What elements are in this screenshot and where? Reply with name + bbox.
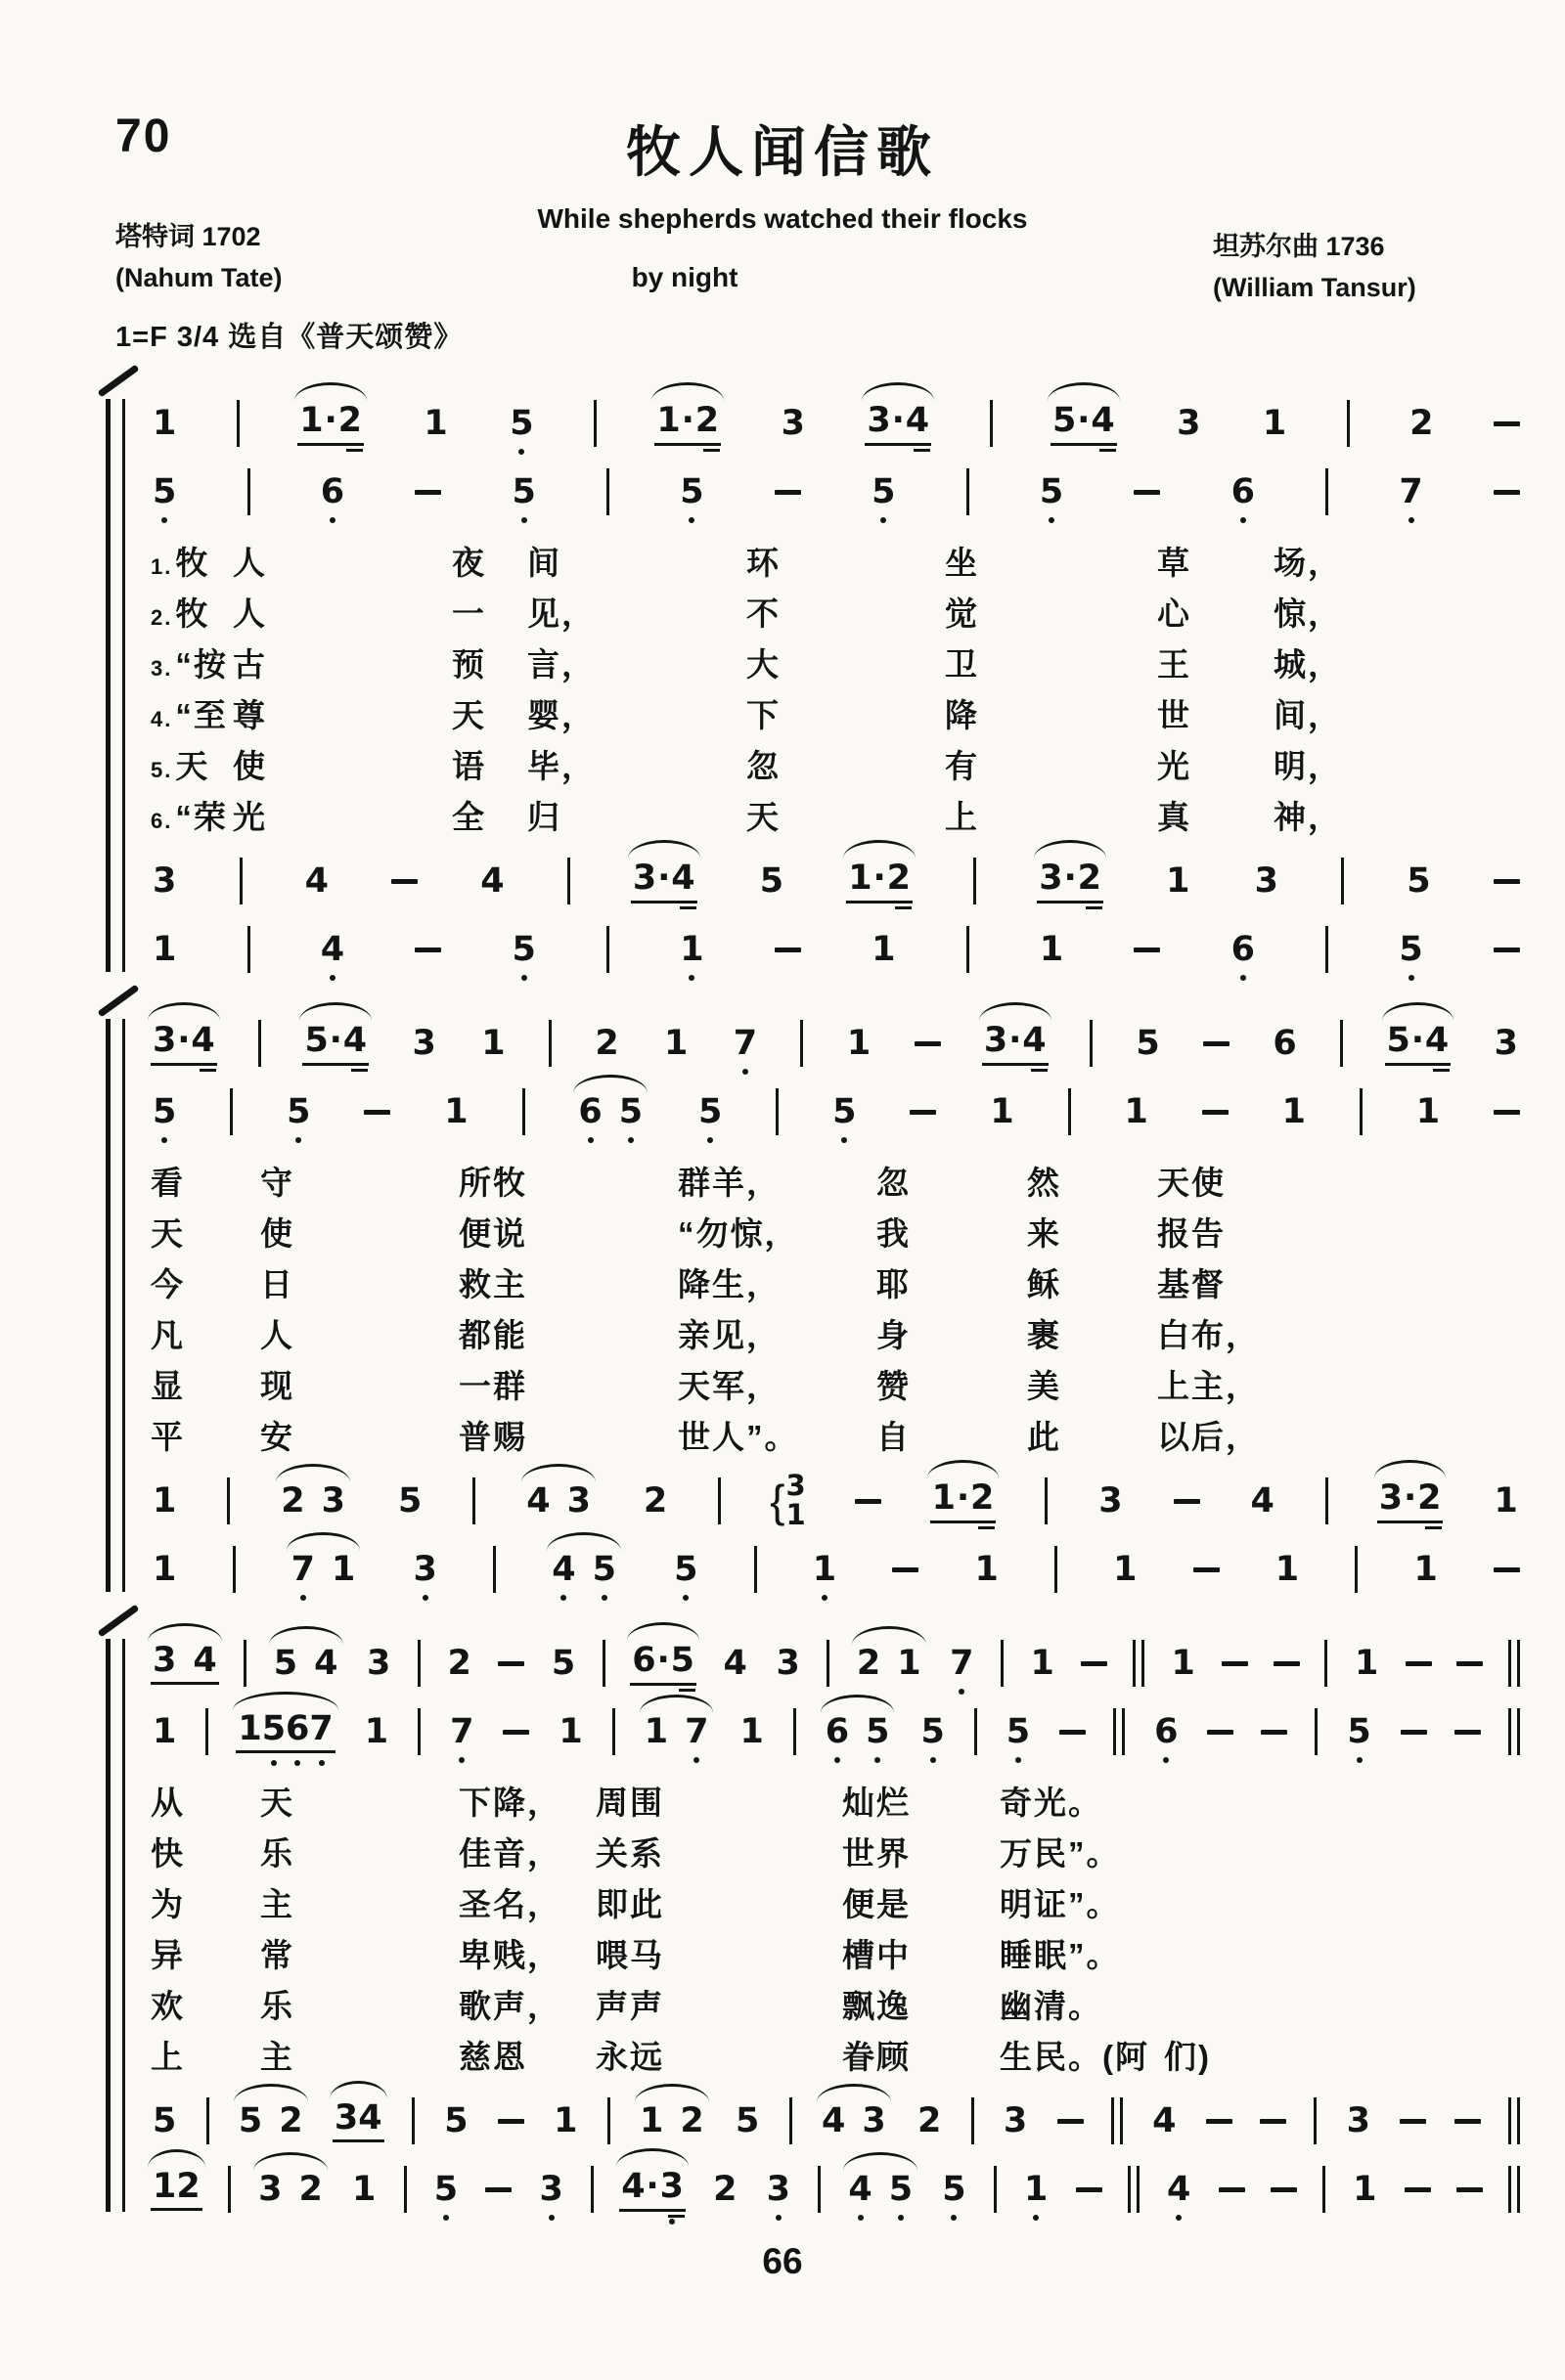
lyricist-credit: 塔特词 1702 (Nahum Tate) [115, 217, 283, 299]
verse-line-3: 今日救主降生，耶稣基督 [151, 1256, 1520, 1306]
lyric-syllable: 4.“至 [151, 690, 228, 736]
note-cell: 4 [1249, 1482, 1276, 1521]
lyric-syllable: 自 [876, 1412, 911, 1458]
lyric-syllable: 从 [151, 1778, 185, 1824]
music-systems: 11·2151·233·45·4312565555671.牧人夜间环坐草场，2.… [106, 389, 1520, 2249]
low-octave-dot [1176, 2215, 1182, 2221]
sixteenth-underline [1031, 1069, 1048, 1072]
lyric-syllable: 人 [233, 589, 267, 635]
barline [793, 1708, 796, 1755]
low-octave-dot [858, 2215, 864, 2221]
lyric-syllable: 人 [260, 1310, 294, 1356]
note-cell: 1 [1029, 1645, 1056, 1683]
note-cell: 5 [151, 1093, 178, 1131]
lyric-syllable: 环 [746, 538, 781, 584]
low-octave-dot [1033, 2215, 1039, 2221]
note-cell: 1 [479, 1025, 507, 1063]
low-octave-dot [742, 1069, 748, 1075]
lyric-syllable: 奇光。 [1000, 1778, 1102, 1824]
verse-number: 5. [151, 758, 172, 782]
lyric-syllable: 6.“荣 [151, 792, 228, 838]
note-cell: 7 [448, 1713, 475, 1751]
lyric-syllable: 主 [260, 1879, 294, 1925]
lyric-syllable: 赞 [876, 1361, 911, 1407]
note-cell: 3·2 [1377, 1478, 1444, 1523]
lyric-syllable: 即此 [596, 1879, 664, 1925]
lyric-syllable: 世 [1157, 690, 1191, 736]
note-cell: 54 [272, 1645, 340, 1683]
low-octave-dot [1049, 517, 1054, 523]
note-cell: 12 [638, 2102, 706, 2140]
note-cell: 4 [303, 862, 331, 901]
note-cell: 3 [411, 1025, 438, 1063]
double-barline [1508, 1708, 1520, 1755]
duration-dash [1454, 1730, 1481, 1735]
lyric-syllable: 城， [1274, 639, 1342, 685]
note-cell: 1 [151, 1551, 178, 1589]
double-barline [1508, 2097, 1520, 2144]
lyric-syllable: 为 [151, 1879, 185, 1925]
duration-dash [1494, 1567, 1520, 1572]
duration-dash [1193, 1567, 1220, 1572]
duration-dash [1494, 421, 1520, 426]
lyric-syllable: 我 [876, 1209, 911, 1255]
duration-dash [485, 2187, 512, 2192]
note-cell: 1 [1164, 862, 1191, 901]
low-octave-dot [459, 1757, 465, 1763]
verse-line-3: 3.“按古预言，大卫王城， [151, 636, 1520, 686]
barline [1340, 1020, 1343, 1067]
note-cell: 5 [151, 473, 178, 511]
lyric-syllable: 美 [1027, 1361, 1061, 1407]
barline [612, 1708, 615, 1755]
lyric-syllable: 草 [1157, 538, 1191, 584]
lyric-syllable: 以后， [1157, 1412, 1260, 1458]
lyric-syllable: 世界 [842, 1829, 911, 1874]
barline [603, 1640, 605, 1687]
lyric-syllable: 关系 [596, 1829, 664, 1874]
barline [800, 1020, 803, 1067]
lyric-syllable: 光 [1157, 741, 1191, 787]
barline [1341, 858, 1344, 904]
lyric-syllable: 基督 [1157, 1259, 1226, 1305]
lyric-syllable: 今 [151, 1259, 185, 1305]
low-octave-dot [521, 975, 527, 981]
note-cell: 6 [1230, 473, 1257, 511]
duration-dash [1081, 1661, 1107, 1666]
note-cell: 3·2 [1037, 859, 1103, 904]
verse-line-4: 凡人都能亲见，身裹白布， [151, 1306, 1520, 1357]
lyric-syllable: 来 [1027, 1209, 1061, 1255]
lyric-syllable: 稣 [1027, 1259, 1061, 1305]
low-octave-dot [693, 1757, 699, 1763]
note-cell: 3 [1002, 2102, 1029, 2140]
sixteenth-underline [1433, 1069, 1450, 1072]
duration-dash [1401, 1730, 1427, 1735]
note-cell: 23 [279, 1482, 347, 1521]
lyric-syllable: 上 [945, 792, 979, 838]
lyric-syllable: 卫 [945, 639, 979, 685]
lyric-syllable: 3.“按 [151, 639, 228, 685]
barline [412, 2097, 415, 2144]
barline [227, 1477, 230, 1524]
note-cell: 1 [738, 1713, 765, 1751]
note-cell: 6·5 [630, 1641, 696, 1686]
note-cell: 43 [820, 2102, 888, 2140]
low-octave-dot [1408, 975, 1414, 981]
note-cell: 1 [1274, 1551, 1301, 1589]
barline [966, 926, 969, 973]
duration-dash [1494, 1110, 1520, 1115]
note-cell: 3·4 [631, 859, 697, 904]
alto-line: 11567171171655565 [151, 1697, 1520, 1766]
lyric-syllable: 人 [233, 538, 267, 584]
low-octave-dot [549, 2215, 555, 2221]
barline [233, 1546, 236, 1593]
lyric-syllable: 使 [233, 741, 267, 787]
lyric-syllable: 心 [1157, 589, 1191, 635]
note-cell: 7 [732, 1025, 759, 1063]
lyric-syllable: 槽中 [842, 1930, 911, 1976]
lyric-syllable: 都能 [459, 1310, 527, 1356]
note-cell: 3 [774, 1645, 801, 1683]
alto-line: 55165551111 [151, 1078, 1520, 1146]
lyric-syllable: 欢 [151, 1981, 185, 2027]
note-cell: 1 [1414, 1093, 1442, 1131]
low-octave-dot [930, 1757, 936, 1763]
barline [776, 1088, 779, 1135]
barline [827, 1640, 829, 1687]
duration-dash [1406, 1661, 1432, 1666]
duration-dash [1057, 2119, 1084, 2124]
note-cell: 5 [550, 1645, 577, 1683]
duration-dash [498, 1661, 524, 1666]
lyric-syllable: 坐 [945, 538, 979, 584]
barline [228, 2166, 231, 2213]
barline [754, 1546, 757, 1593]
note-cell: 5 [672, 1551, 699, 1589]
note-cell: 5 [396, 1482, 424, 1521]
system-bracket [106, 399, 125, 972]
barline [237, 400, 240, 447]
note-cell: 5 [1005, 1713, 1032, 1751]
low-octave-dot [161, 1137, 167, 1143]
note-cell: 2 [445, 1645, 472, 1683]
sixteenth-underline [346, 449, 363, 452]
low-octave-dot [521, 517, 527, 523]
note-cell: 1 [1280, 1093, 1308, 1131]
note-cell: 5 [830, 1093, 858, 1131]
lyric-syllable: 预 [452, 639, 486, 685]
barline [1324, 1640, 1327, 1687]
duration-dash [1260, 2119, 1286, 2124]
note-cell: 52 [237, 2102, 305, 2140]
note-cell: 1 [1261, 405, 1288, 443]
barline [1355, 1546, 1358, 1593]
verse-line-1: 看守所牧群羊，忽然天使 [151, 1154, 1520, 1205]
note-cell: 32 [256, 2171, 325, 2209]
hymn-subtitle-en-line2: by night [469, 262, 900, 293]
low-octave-dot [689, 975, 694, 981]
note-cell: 3·4 [982, 1021, 1049, 1066]
lyric-syllable: 有 [945, 741, 979, 787]
low-octave-dot [880, 517, 886, 523]
sixteenth-underline [1086, 906, 1102, 909]
barline [1325, 1477, 1328, 1524]
duration-dash [1207, 1730, 1233, 1735]
lyric-syllable: 喂马 [596, 1930, 664, 1976]
low-octave-dot [776, 2215, 782, 2221]
music-system-1: 11·2151·233·45·4312565555671.牧人夜间环坐草场，2.… [106, 389, 1520, 984]
note-cell: 5 [1134, 1025, 1161, 1063]
note-cell: 45 [846, 2171, 915, 2209]
sixteenth-underline [679, 1689, 695, 1692]
note-cell: 3 [1175, 405, 1202, 443]
low-octave-dot [319, 1760, 325, 1766]
note-cell: 3 [780, 405, 807, 443]
lyric-syllable: 2.牧 [151, 589, 209, 635]
composer-cn: 坦苏尔曲 1736 [1213, 227, 1416, 268]
barline [1325, 468, 1328, 515]
lyric-syllable: 觉 [945, 589, 979, 635]
lyric-syllable: 然 [1027, 1158, 1061, 1204]
barline [567, 858, 570, 904]
low-octave-dot [959, 1689, 964, 1695]
lyric-syllable: 异 [151, 1930, 185, 1976]
barline [1090, 1020, 1093, 1067]
lyrics-block: 1.牧人夜间环坐草场，2.牧人一见，不觉心惊，3.“按古预言，大卫王城，4.“至… [151, 534, 1520, 839]
low-octave-dot [1240, 975, 1246, 981]
lyric-syllable: 歌声， [459, 1981, 561, 2027]
note-cell: 5 [151, 2102, 178, 2140]
lyric-syllable: 场， [1274, 538, 1342, 584]
note-cell: 1·2 [297, 401, 364, 446]
barline [1322, 2166, 1325, 2213]
note-cell: 1·2 [654, 401, 721, 446]
note-cell: 65 [824, 1713, 892, 1751]
duration-dash [1174, 1499, 1200, 1504]
sixteenth-underline [200, 1069, 216, 1072]
barline [472, 1477, 475, 1524]
note-cell: 2 [593, 1025, 620, 1063]
barline [594, 400, 597, 447]
double-barline [1508, 2166, 1520, 2213]
lyric-syllable: 大 [746, 639, 781, 685]
duration-dash [892, 1567, 918, 1572]
lyric-syllable: 生民。(阿 [1000, 2032, 1149, 2078]
low-octave-dot [822, 1595, 827, 1601]
note-cell: 5·4 [302, 1021, 369, 1066]
lyric-syllable: 守 [260, 1158, 294, 1204]
barline [240, 858, 243, 904]
duration-dash [915, 1041, 941, 1046]
barline [230, 1088, 233, 1135]
verse-line-5: 欢乐歌声，声声飘逸幽清。 [151, 1977, 1520, 2028]
note-cell: 5 [508, 405, 535, 443]
barline [606, 926, 609, 973]
chord-cell: {31 [770, 1472, 806, 1529]
verse-line-6: 6.“荣光全归天上真神， [151, 788, 1520, 839]
barline [1314, 2097, 1317, 2144]
double-barline [1508, 1640, 1520, 1687]
note-cell: 1 [1492, 1482, 1519, 1521]
note-cell: 5·4 [1051, 401, 1117, 446]
lyric-syllable: 5.天 [151, 741, 209, 787]
barline [818, 2166, 821, 2213]
sixteenth-underline [680, 906, 696, 909]
note-cell: 2 [1408, 405, 1435, 443]
barline [974, 1708, 977, 1755]
music-system-2: 3·45·43121713·4565·4355165551111看守所牧群羊，忽… [106, 1009, 1520, 1604]
note-cell: 6 [1152, 1713, 1180, 1751]
lyric-syllable: 忽 [746, 741, 781, 787]
lyrics-block: 看守所牧群羊，忽然天使天使便说“勿惊，我来报告今日救主降生，耶稣基督凡人都能亲见… [151, 1154, 1520, 1459]
note-cell: 4 [478, 862, 506, 901]
lyric-syllable: 报告 [1157, 1209, 1226, 1255]
low-octave-dot [443, 2215, 449, 2221]
lyric-syllable: 白布， [1157, 1310, 1260, 1356]
note-cell: 1 [811, 1551, 838, 1589]
lyric-syllable: 佳音， [459, 1829, 561, 1874]
note-cell: 1 [557, 1713, 584, 1751]
duration-dash [1206, 2119, 1232, 2124]
lyric-syllable: 显 [151, 1361, 185, 1407]
barline [1315, 1708, 1318, 1755]
note-cell: 5 [511, 931, 538, 969]
double-barline [1128, 2166, 1140, 2213]
note-cell: 5 [442, 2102, 469, 2140]
lyric-syllable: 裹 [1027, 1310, 1061, 1356]
page-number: 66 [0, 2241, 1565, 2282]
low-octave-dot [271, 1760, 277, 1766]
note-cell: 4 [722, 1645, 749, 1683]
note-cell: 3 [1493, 1025, 1520, 1063]
lyric-syllable: 间， [1274, 690, 1342, 736]
bass-line: 171345511111 [151, 1535, 1520, 1604]
barline [591, 2166, 594, 2213]
lyric-syllable: 惊， [1274, 589, 1342, 635]
lyric-syllable: 尊 [233, 690, 267, 736]
lyric-syllable: 上主， [1157, 1361, 1260, 1407]
lyric-syllable: 天军， [678, 1361, 781, 1407]
barline [994, 2166, 997, 2213]
double-barline [1111, 2097, 1123, 2144]
note-cell: 1 [422, 405, 449, 443]
verse-number: 4. [151, 707, 172, 731]
music-system-3: 34543256·54321711111567171171655565从天下降，… [106, 1629, 1520, 2224]
lyric-syllable: 灿烂 [842, 1778, 911, 1824]
composer-credit: 坦苏尔曲 1736 (William Tansur) [1213, 227, 1416, 309]
note-cell: 4 [1150, 2102, 1178, 2140]
barline [549, 1020, 552, 1067]
verse-line-5: 显现一群天军，赞美上主， [151, 1357, 1520, 1408]
low-octave-dot [669, 2219, 675, 2225]
note-cell: 3 [765, 2171, 792, 2209]
note-cell: 5 [1405, 862, 1432, 901]
note-cell: 1 [442, 1093, 469, 1131]
verse-line-1: 1.牧人夜间环坐草场， [151, 534, 1520, 585]
barline [966, 468, 969, 515]
lyric-syllable: 便是 [842, 1879, 911, 1925]
note-cell: 5·4 [1385, 1021, 1452, 1066]
lyric-syllable: 使 [260, 1209, 294, 1255]
duration-dash [1494, 490, 1520, 495]
lyric-syllable: 快 [151, 1829, 185, 1874]
verse-number: 1. [151, 554, 172, 579]
duration-dash [415, 490, 441, 495]
lyric-syllable: 亲见， [678, 1310, 781, 1356]
low-octave-dot [295, 1137, 301, 1143]
note-cell: 1 [552, 2102, 579, 2140]
duration-dash [1456, 2187, 1483, 2192]
barline [522, 1088, 525, 1135]
lyricist-cn: 塔特词 1702 [115, 217, 283, 258]
composer-en: (William Tansur) [1213, 268, 1416, 309]
note-cell: 71 [290, 1551, 358, 1589]
note-cell: 3 [365, 1645, 392, 1683]
lyric-syllable: 身 [876, 1310, 911, 1356]
note-cell: 5 [511, 473, 538, 511]
bass-line: 12321534·323455141 [151, 2155, 1520, 2224]
note-cell: 5 [758, 862, 785, 901]
lyric-syllable: 救主 [459, 1259, 527, 1305]
lyric-syllable: 下 [746, 690, 781, 736]
duration-dash [855, 1499, 881, 1504]
lyric-syllable: 天 [260, 1778, 294, 1824]
bass-line: 14511165 [151, 915, 1520, 984]
note-cell: 7 [948, 1645, 975, 1683]
lyric-syllable: 常 [260, 1930, 294, 1976]
note-cell: 1 [1122, 1093, 1149, 1131]
sixteenth-underline [895, 906, 912, 909]
verse-line-2: 天使便说“勿惊，我来报告 [151, 1205, 1520, 1256]
lyric-syllable: “勿惊， [678, 1209, 799, 1255]
lyric-syllable: 真 [1157, 792, 1191, 838]
low-octave-dot [330, 517, 335, 523]
soprano-line: 34543256·543217111 [151, 1629, 1520, 1697]
barline [1045, 1477, 1048, 1524]
low-octave-dot [161, 517, 167, 523]
duration-dash [1271, 2187, 1297, 2192]
barline [418, 1708, 421, 1755]
lyric-syllable: 语 [452, 741, 486, 787]
barline [493, 1546, 496, 1593]
duration-dash [415, 948, 441, 952]
note-cell: 1 [151, 931, 178, 969]
lyric-syllable: 凡 [151, 1310, 185, 1356]
lyric-syllable: 毕， [527, 741, 596, 787]
note-cell: 1 [678, 931, 705, 969]
low-octave-dot [628, 1137, 634, 1143]
sixteenth-underline [1099, 449, 1116, 452]
note-cell: 6 [1271, 1025, 1298, 1063]
note-cell: 1 [1022, 2171, 1050, 2209]
lyric-syllable: 婴， [527, 690, 596, 736]
note-cell: 6 [1230, 931, 1257, 969]
duration-dash [364, 1110, 390, 1115]
note-cell: 5 [1345, 1713, 1372, 1751]
barline [404, 2166, 407, 2213]
low-octave-dot [707, 1137, 713, 1143]
lyric-syllable: 降生， [678, 1259, 781, 1305]
lyric-syllable: 天 [746, 792, 781, 838]
lyric-syllable: 忽 [876, 1158, 911, 1204]
barline [973, 858, 976, 904]
duration-dash [1076, 2187, 1102, 2192]
note-cell: 1 [363, 1713, 390, 1751]
lyric-syllable: 世人”。 [678, 1412, 799, 1458]
lyric-syllable: 乐 [260, 1981, 294, 2027]
